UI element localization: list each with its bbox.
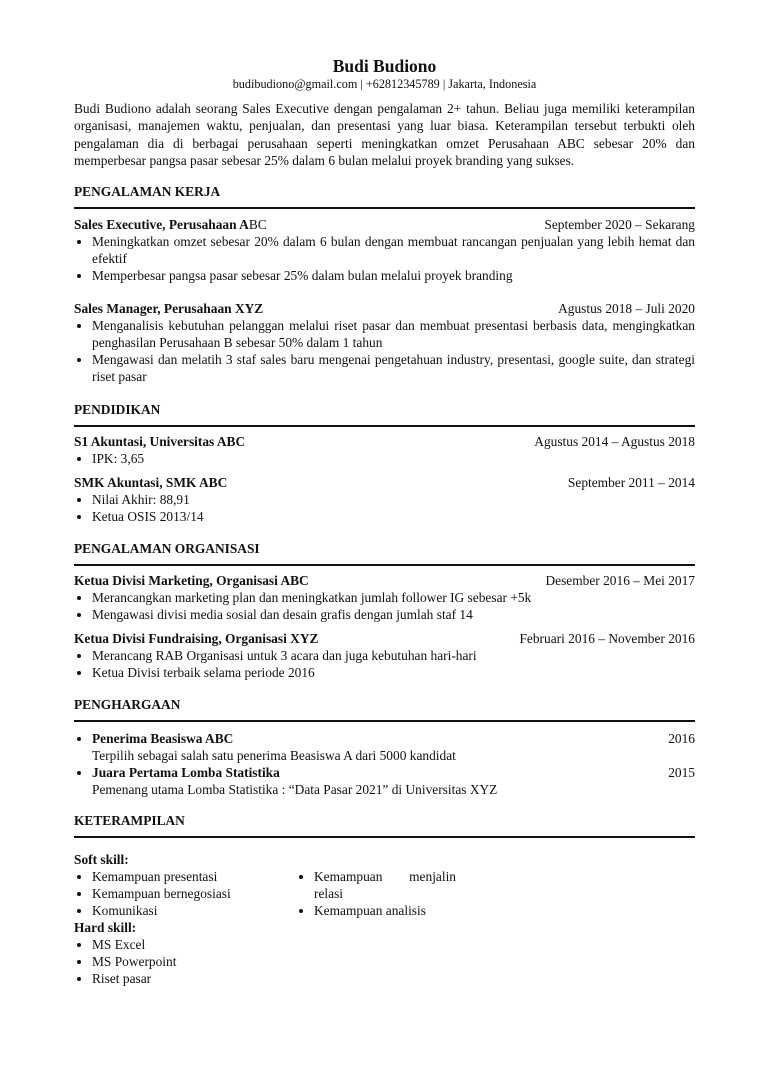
education-entry: SMK Akuntasi, SMK ABC September 2011 – 2… — [74, 474, 695, 525]
role-title: Ketua Divisi Marketing, Organisasi ABC — [74, 572, 309, 589]
skills-columns: Soft skill: Kemampuan presentasi Kemampu… — [74, 851, 695, 987]
organization-entry: Ketua Divisi Fundraising, Organisasi XYZ… — [74, 630, 695, 681]
award-entry: Penerima Beasiswa ABC 2016 Terpilih seba… — [74, 730, 695, 764]
hard-skill-label: Hard skill: — [74, 919, 296, 936]
award-entry: Juara Pertama Lomba Statistika 2015 Peme… — [74, 764, 695, 798]
bullet-item: Mengawasi dan melatih 3 staf sales baru … — [74, 351, 695, 385]
job-date: September 2020 – Sekarang — [544, 216, 695, 233]
candidate-name: Budi Budiono — [74, 56, 695, 76]
job-title: Sales Executive, Perusahaan ABC — [74, 216, 267, 233]
contact-info: budibudiono@gmail.com | +62812345789 | J… — [74, 76, 695, 92]
bullet-item: IPK: 3,65 — [74, 450, 695, 467]
job-title: Sales Manager, Perusahaan XYZ — [74, 300, 263, 317]
degree-title: SMK Akuntasi, SMK ABC — [74, 474, 227, 491]
bullet-item: Menganalisis kebutuhan pelanggan melalui… — [74, 317, 695, 351]
education-date: Agustus 2014 – Agustus 2018 — [534, 433, 695, 450]
section-awards: PENGHARGAAN Penerima Beasiswa ABC 2016 T… — [74, 696, 695, 798]
bullet-item: Memperbesar pangsa pasar sebesar 25% dal… — [74, 267, 695, 284]
award-year: 2015 — [668, 764, 695, 781]
skill-item: Kemampuan analisis — [296, 902, 456, 919]
bullet-item: Ketua Divisi terbaik selama periode 2016 — [74, 664, 695, 681]
skill-item: Riset pasar — [74, 970, 296, 987]
award-title: Penerima Beasiswa ABC — [92, 730, 233, 747]
bullet-item: Mengawasi divisi media sosial dan desain… — [74, 606, 695, 623]
award-description: Pemenang utama Lomba Statistika : “Data … — [92, 781, 695, 798]
skill-item: MS Powerpoint — [74, 953, 296, 970]
bullet-item: Ketua OSIS 2013/14 — [74, 508, 695, 525]
section-title: PENGALAMAN ORGANISASI — [74, 540, 695, 557]
section-education: PENDIDIKAN S1 Akuntasi, Universitas ABC … — [74, 401, 695, 525]
section-title: PENGHARGAAN — [74, 696, 695, 713]
role-title: Ketua Divisi Fundraising, Organisasi XYZ — [74, 630, 318, 647]
section-title: PENDIDIKAN — [74, 401, 695, 418]
degree-title: S1 Akuntasi, Universitas ABC — [74, 433, 245, 450]
work-entry: Sales Manager, Perusahaan XYZ Agustus 20… — [74, 300, 695, 385]
bullet-item: Meningkatkan omzet sebesar 20% dalam 6 b… — [74, 233, 695, 267]
section-divider — [74, 207, 695, 209]
role-date: Februari 2016 – November 2016 — [519, 630, 695, 647]
soft-skill-label: Soft skill: — [74, 851, 296, 868]
skill-item: Kemampuan menjalin relasi — [296, 868, 456, 902]
award-description: Terpilih sebagai salah satu penerima Bea… — [92, 747, 695, 764]
section-divider — [74, 836, 695, 838]
section-divider — [74, 425, 695, 427]
section-skills: KETERAMPILAN Soft skill: Kemampuan prese… — [74, 812, 695, 987]
profile-summary: Budi Budiono adalah seorang Sales Execut… — [74, 100, 695, 169]
bullet-item: Nilai Akhir: 88,91 — [74, 491, 695, 508]
skill-item: Kemampuan presentasi — [74, 868, 296, 885]
section-title: KETERAMPILAN — [74, 812, 695, 829]
education-entry: S1 Akuntasi, Universitas ABC Agustus 201… — [74, 433, 695, 467]
award-title: Juara Pertama Lomba Statistika — [92, 764, 280, 781]
section-divider — [74, 564, 695, 566]
work-entry: Sales Executive, Perusahaan ABC Septembe… — [74, 216, 695, 284]
section-divider — [74, 720, 695, 722]
skill-item: MS Excel — [74, 936, 296, 953]
bullet-item: Merancang RAB Organisasi untuk 3 acara d… — [74, 647, 695, 664]
organization-entry: Ketua Divisi Marketing, Organisasi ABC D… — [74, 572, 695, 623]
skill-item: Kemampuan bernegosiasi — [74, 885, 296, 902]
education-date: September 2011 – 2014 — [568, 474, 695, 491]
job-date: Agustus 2018 – Juli 2020 — [558, 300, 695, 317]
award-year: 2016 — [668, 730, 695, 747]
section-work-experience: PENGALAMAN KERJA Sales Executive, Perusa… — [74, 183, 695, 385]
section-organization: PENGALAMAN ORGANISASI Ketua Divisi Marke… — [74, 540, 695, 681]
bullet-item: Merancangkan marketing plan dan meningka… — [74, 589, 695, 606]
skill-item: Komunikasi — [74, 902, 296, 919]
role-date: Desember 2016 – Mei 2017 — [545, 572, 695, 589]
section-title: PENGALAMAN KERJA — [74, 183, 695, 200]
